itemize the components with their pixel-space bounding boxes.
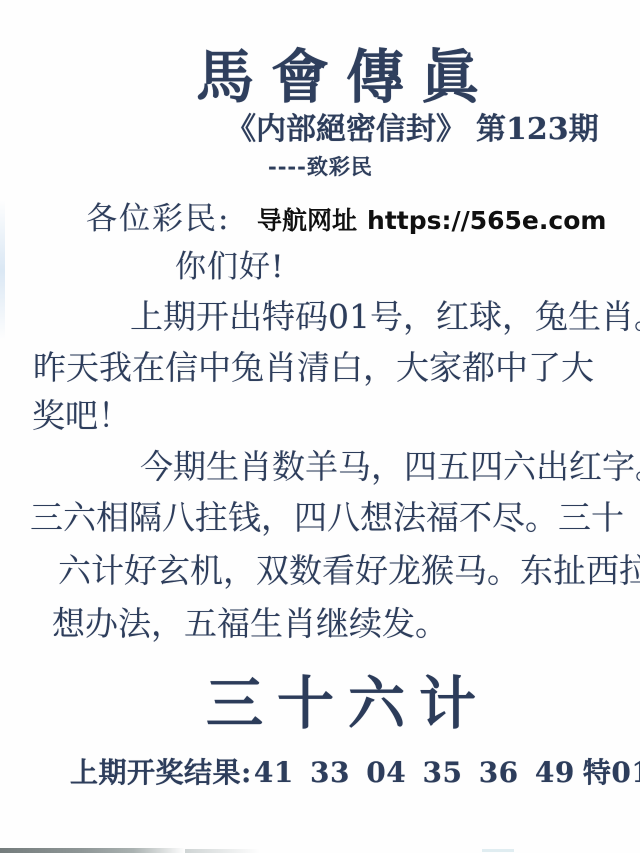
- body-line: 六计好玄机，双数看好龙猴马。东扯西拉: [58, 545, 640, 592]
- results-label: 上期开奖结果:: [70, 756, 252, 789]
- scan-edge-bottom-artifact: [0, 848, 185, 853]
- scan-edge-left-artifact: [0, 200, 5, 340]
- body-line: 想办法，五福生肖继续发。: [52, 598, 448, 645]
- envelope-label: 《内部絕密信封》: [226, 112, 466, 147]
- special-number: 01: [611, 756, 640, 789]
- special-label: 特: [583, 756, 612, 789]
- greeting-line: 你们好!: [175, 241, 284, 286]
- nav-url-label: 导航网址: [257, 206, 357, 235]
- body-line: 上期开出特码01号，红球，兔生肖。: [130, 291, 640, 338]
- fax-page: 馬會傳眞 《内部絕密信封》第123期 ----致彩民 各位彩民: 导航网址htt…: [0, 0, 640, 853]
- masthead-title: 馬會傳眞: [196, 30, 496, 114]
- issue-number: 第123期: [476, 112, 599, 147]
- body-line: 昨天我在信中兔肖清白，大家都中了大: [33, 342, 594, 389]
- scan-edge-bottom-fade-artifact: [185, 849, 260, 853]
- body-line: 奖吧！: [32, 390, 131, 437]
- nav-url-link[interactable]: https://565e.com: [367, 206, 606, 235]
- results-numbers: 41 33 04 35 36 49: [254, 756, 575, 789]
- thirty-six-stratagems-title: 三十六计: [206, 658, 490, 740]
- previous-results-line: 上期开奖结果:41 33 04 35 36 49特01: [70, 751, 640, 791]
- subtitle-row: 《内部絕密信封》第123期: [226, 104, 599, 148]
- salutation: 各位彩民:: [86, 193, 230, 238]
- nav-url-overlay[interactable]: 导航网址https://565e.com: [257, 201, 606, 237]
- results-special: 特01: [583, 756, 640, 789]
- body-line: 今期生肖数羊马，四五四六出红字。: [140, 441, 640, 488]
- scan-edge-bottom-fleck-artifact: [482, 849, 514, 852]
- dedication-line: ----致彩民: [268, 151, 373, 181]
- body-line: 三六相隔八拄钱，四八想法福不尽。三十: [30, 492, 624, 539]
